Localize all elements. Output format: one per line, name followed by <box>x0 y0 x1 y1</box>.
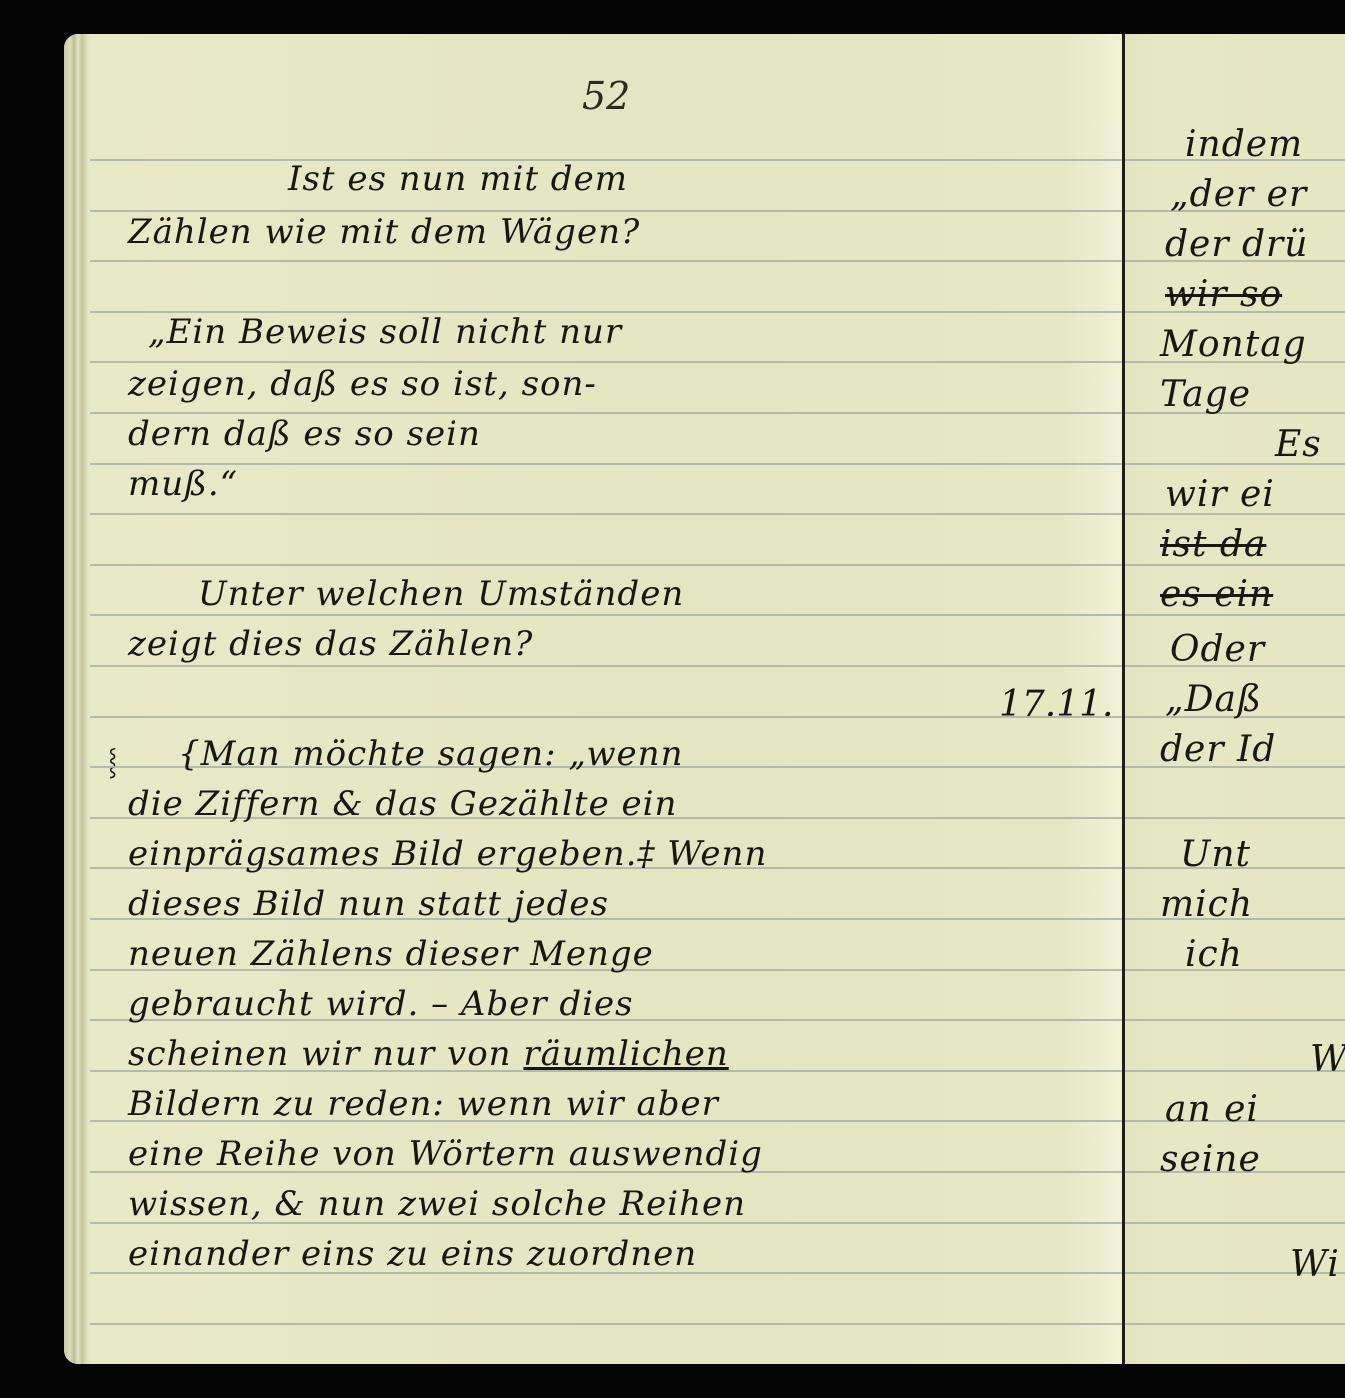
handwritten-line: der drü <box>1165 224 1308 265</box>
handwritten-line: indem <box>1185 124 1303 165</box>
ruled-line <box>90 1323 1122 1325</box>
ruled-line <box>90 716 1122 718</box>
handwritten-line: es ein <box>1160 574 1273 615</box>
right-page: indem„der erder drüwir soMontagTageEswir… <box>1125 34 1345 1364</box>
handwritten-line: ist da <box>1160 524 1266 565</box>
date-entry: 17.11. <box>999 684 1114 725</box>
handwritten-line: gebraucht wird. – Aber dies <box>128 984 634 1024</box>
underlined-word: räumlichen <box>523 1034 728 1074</box>
ruled-line <box>1125 1222 1345 1224</box>
handwritten-line: Es <box>1275 424 1322 465</box>
handwritten-line: „Daß <box>1165 679 1262 720</box>
handwritten-line: wir ei <box>1165 474 1275 515</box>
handwritten-line: neuen Zählens dieser Menge <box>128 934 654 974</box>
ruled-line <box>90 463 1122 465</box>
handwritten-line: einprägsames Bild ergeben.‡ Wenn <box>128 834 767 874</box>
handwritten-line: {Man möchte sagen: „wenn <box>178 734 683 774</box>
ruled-line <box>90 260 1122 262</box>
handwritten-line: wissen, & nun zwei solche Reihen <box>128 1184 746 1224</box>
page-edge-stack <box>64 34 90 1364</box>
ruled-line <box>90 614 1122 616</box>
margin-arrow-mark-icon: ⸾ <box>108 742 117 778</box>
handwritten-line: Montag <box>1160 324 1307 365</box>
handwritten-line: ich <box>1185 934 1243 975</box>
left-page: 52 17.11. ⸾ Ist es nun mit demZählen wie… <box>64 34 1122 1364</box>
handwritten-line: eine Reihe von Wörtern auswendig <box>128 1134 763 1174</box>
handwritten-line: dern daß es so sein <box>128 414 481 454</box>
handwritten-line: Ist es nun mit dem <box>288 159 628 199</box>
handwritten-line: muß.“ <box>128 464 238 504</box>
handwritten-line: „der er <box>1170 174 1307 215</box>
handwritten-line: wir so <box>1165 274 1282 315</box>
handwritten-line: Unt <box>1180 834 1251 875</box>
ruled-line <box>1125 1019 1345 1021</box>
handwritten-line: Tage <box>1160 374 1251 415</box>
ruled-line <box>90 513 1122 515</box>
handwritten-line: die Ziffern & das Gezählte ein <box>128 784 677 824</box>
handwritten-line: „Ein Beweis soll nicht nur <box>148 312 622 352</box>
ruled-line <box>1125 817 1345 819</box>
ruled-line <box>90 564 1122 566</box>
notebook-spread: 52 17.11. ⸾ Ist es nun mit demZählen wie… <box>64 34 1345 1364</box>
handwritten-line: seine <box>1160 1139 1261 1180</box>
handwritten-line: Oder <box>1170 629 1265 670</box>
handwritten-line: zeigen, daß es so ist, son- <box>128 364 597 404</box>
handwritten-line: mich <box>1160 884 1253 925</box>
handwritten-line: an ei <box>1165 1089 1259 1130</box>
handwritten-line: zeigt dies das Zählen? <box>128 624 533 664</box>
handwritten-line: W <box>1310 1039 1345 1080</box>
handwritten-line: der Id <box>1160 729 1276 770</box>
ruled-line <box>90 665 1122 667</box>
handwritten-line: dieses Bild nun statt jedes <box>128 884 609 924</box>
handwritten-line: Zählen wie mit dem Wägen? <box>128 212 640 252</box>
handwritten-line: einander eins zu eins zuordnen <box>128 1234 697 1274</box>
handwritten-line: Wi <box>1290 1244 1340 1285</box>
ruled-line <box>1125 1323 1345 1325</box>
handwritten-line: scheinen wir nur von räumlichen <box>128 1034 729 1074</box>
handwritten-line: Bildern zu reden: wenn wir aber <box>128 1084 719 1124</box>
handwritten-line: Unter welchen Umständen <box>198 574 684 614</box>
page-number: 52 <box>582 74 630 118</box>
